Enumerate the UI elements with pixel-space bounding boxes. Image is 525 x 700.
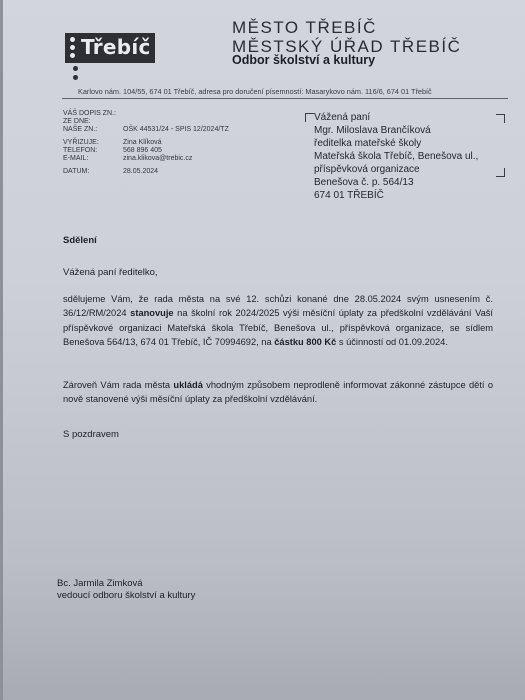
recipient-address: Vážená paní Mgr. Miloslava Brančíková ře… bbox=[314, 111, 478, 202]
letterhead-address: Karlovo nám. 104/55, 674 01 Třebíč, adre… bbox=[78, 87, 432, 96]
meta-row-email: E-MAIL:zina.klikova@trebic.cz bbox=[63, 155, 229, 163]
header-divider bbox=[62, 98, 508, 99]
signature-block: Bc. Jarmila Zimková vedoucí odboru škols… bbox=[57, 578, 195, 601]
salutation: Vážená paní ředitelko, bbox=[63, 267, 158, 278]
trebic-logo: Třebíč bbox=[65, 33, 155, 63]
meta-row-date: DATUM:28.05.2024 bbox=[63, 168, 229, 176]
meta-row-your-ref: VÁŠ DOPIS ZN.: bbox=[63, 110, 229, 118]
closing: S pozdravem bbox=[63, 429, 119, 440]
reference-block: VÁŠ DOPIS ZN.: ZE DNE: NAŠE ZN.:OŠK 4453… bbox=[63, 110, 229, 176]
address-window-corner-icon bbox=[496, 168, 505, 177]
paragraph-instruction: Zároveň Vám rada města ukládá vhodným zp… bbox=[63, 378, 493, 407]
meta-row-date-from: ZE DNE: bbox=[63, 118, 229, 126]
signatory-title: vedoucí odboru školství a kultury bbox=[57, 590, 195, 602]
letterhead-title: MĚSTO TŘEBÍČ MĚSTSKÝ ÚŘAD TŘEBÍČ bbox=[232, 18, 461, 56]
meta-row-phone: TELEFON:568 896 405 bbox=[63, 147, 229, 155]
city-name: MĚSTO TŘEBÍČ bbox=[232, 18, 461, 37]
logo-dots-below-icon bbox=[73, 66, 78, 84]
meta-row-handled-by: VYŘIZUJE:Zina Klíková bbox=[63, 139, 229, 147]
page-edge bbox=[0, 0, 3, 700]
logo-dots-icon bbox=[70, 37, 75, 61]
address-window-corner-icon bbox=[496, 114, 505, 123]
signatory-name: Bc. Jarmila Zimková bbox=[57, 578, 195, 590]
logo-text: Třebíč bbox=[81, 35, 151, 59]
address-window-corner-icon bbox=[305, 113, 314, 122]
department-name: Odbor školství a kultury bbox=[232, 53, 375, 67]
meta-row-our-ref: NAŠE ZN.:OŠK 44531/24 - SPIS 12/2024/TZ bbox=[63, 126, 229, 134]
paragraph-decision: sdělujeme Vám, že rada města na své 12. … bbox=[63, 292, 493, 349]
letter-heading: Sdělení bbox=[63, 235, 97, 246]
